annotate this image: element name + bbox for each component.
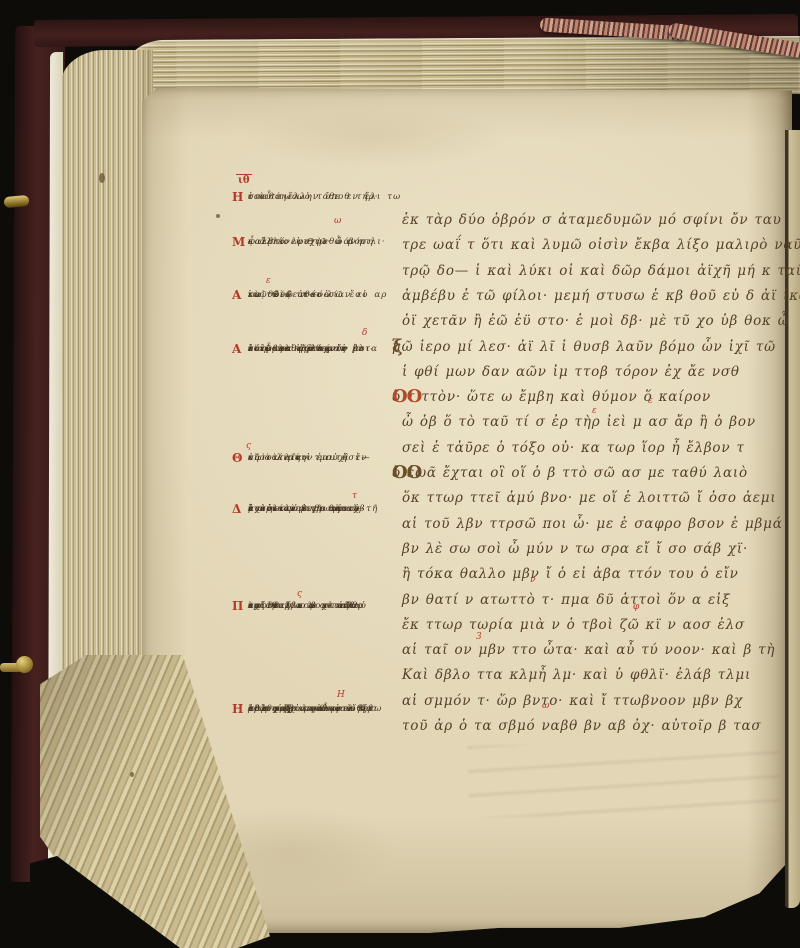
main-text-line: ὅκ ττωρ ττεῖ ἁμύ βνο· με οἵ ἑ λοιττῶ ἴ ὁ…: [402, 489, 776, 507]
main-text-line: τοῦ ἀρ ὁ τα σβμό ναβθ βν αβ ὀχ· αὐτοῖρ β…: [402, 717, 761, 735]
margin-text-line: ἀσα ρσσ σ ρ σω·—: [248, 703, 354, 715]
rubric-mark: ς: [297, 589, 302, 599]
margin-text-line: σπαθόη· ω: [248, 191, 305, 203]
chapter-number-gloss: ιθ: [236, 174, 252, 186]
brass-pin-head: [16, 656, 33, 673]
rubric-initial: Θ: [232, 451, 242, 465]
margin-text-line: λ ση ττὶ ὑ ρε· λασ—: [248, 503, 365, 515]
margin-text-line: τω θεῖο ττ— ὁ: [248, 289, 330, 301]
rubric-mark: δ: [362, 328, 367, 338]
main-line-initial: ΟΟ: [392, 388, 421, 406]
margin-text-line: το εσ— καὶ τηνίς μοι-: [248, 343, 374, 355]
main-text-line: ἑκ τὰρ δύο ὁβρόν σ ἀταμεδυμῶν μό σφίνι ὄ…: [402, 211, 782, 229]
rubric-mark: ω: [334, 216, 341, 226]
rubric-initial: Η: [232, 190, 243, 204]
main-text-line: ΟΟὅ ἑωᾶ ἔχται οἳ οἵ ὁ β ττὸ σῶ ασ με ταθ…: [392, 464, 748, 482]
rubric-initial: Μ: [232, 235, 245, 249]
main-text-line: ἱ φθί μων δαν αῶν ἰμ ττοβ τόρον ἐχ ἄε νσ…: [402, 363, 740, 381]
margin-text-line: ε σο ταῖς·: [248, 452, 306, 464]
main-text-line: αἱ ταῖ ον μβν ττο ὦτα· καὶ αὖ τύ νοον· κ…: [402, 641, 775, 659]
main-text-line: ἀμβέβυ ἐ τῶ φίλοι· μεμή στυσω ἑ κβ θοῦ ε…: [402, 287, 800, 305]
rubric-initial: Α: [232, 342, 241, 356]
main-text-line: Καὶ δβλο ττα κλμἦ λμ· καὶ ὑ φθλϊ· ἐλάβ τ…: [402, 666, 751, 684]
parchment-stain: [180, 805, 400, 895]
main-text-line: ὀϊ χετᾶν ἢ ἐῶ ἐϋ στο· ἑ μοὶ δβ· μὲ τῦ χο…: [402, 312, 790, 330]
rubric-initial: Α: [232, 288, 241, 302]
main-line-initial: ξ: [392, 338, 402, 356]
ink-speck: [216, 214, 220, 218]
rubric-mark: Η: [337, 690, 345, 700]
show-through-text: [467, 738, 781, 819]
rubric-mark: ω: [542, 701, 549, 711]
margin-text-line: καλβ ιν: [248, 236, 291, 248]
brass-pin-bottom: [0, 650, 36, 682]
main-text-line: ὦ ὁβ ὅ τὸ ταῦ τί σ ἐρ τὴρ ἰεὶ μ ασ ἄρ ἢ …: [402, 413, 756, 431]
rubric-mark: ε: [266, 276, 271, 286]
manuscript-photo: ιθ Ητοὶ τε ἕλλην ὑποθ τήρ·ἑ οὗ τωσ ὁ τόθ…: [0, 0, 800, 948]
main-line-initial: ΟΟ: [392, 464, 421, 482]
main-text-line: τρε ωαΐ τ ὅτι καὶ λυμῶ οἰσὶν ἔκβα λίξο μ…: [402, 236, 800, 254]
rubric-initial: Π: [232, 599, 243, 613]
rubric-mark: ε: [648, 396, 653, 406]
main-text-line: ἔκ ττωρ τωρία μιὰ ν ὁ τβοὶ ζῶ κϊ ν αοσ ἑ…: [402, 616, 745, 634]
main-text-line: αἱ τοῦ λβν ττρσῶ ποι ὦ· με ἑ σαφρο βσον …: [402, 515, 783, 533]
main-text-line: βν λὲ σω σοὶ ὦ μύν ν τω σρα εἴ ἴ σο σάβ …: [402, 540, 748, 558]
rubric-mark: τ: [352, 491, 357, 501]
rubric-mark: 3: [476, 632, 482, 642]
ink-speck: [130, 772, 134, 777]
rubric-mark: φ: [633, 602, 639, 612]
main-text-line: ξμῶ ἱερο μί λεσ· ἀϊ λῖ ἱ θυσβ λαῦν βόμο …: [392, 338, 776, 356]
main-text-line: ἢ τόκα θαλλο μβν ἴ ὁ εἰ ἀβα ττόν του ὁ ε…: [402, 565, 739, 583]
rubric-mark: ε: [592, 406, 597, 416]
parchment-stain: [240, 108, 510, 168]
main-text-line: ΟΟὅ τ ττὸν· ὥτε ω ἔμβη καὶ θύμον ὅ καίρο…: [392, 388, 711, 406]
rubric-initial: Η: [232, 702, 243, 716]
main-text-line: σεὶ ἑ τἀῦρε ὁ τόξο οὐ· κα τωρ ἵορ ἦ ἔλβο…: [402, 439, 745, 457]
ink-speck: [99, 173, 105, 183]
rubric-mark: ς: [246, 441, 251, 451]
rubric-initial: Δ: [232, 502, 241, 516]
rubric-mark: ν: [530, 575, 535, 585]
main-text-line: τρῷ δο— ἱ καὶ λύκι οἱ καὶ δῶρ δάμοι ἀϊχῆ…: [402, 262, 800, 280]
margin-text-line: τω θε ξ ε ω τ ταλ·: [248, 600, 358, 612]
main-text-line: βν θατί ν ατωττὸ τ· πμα δῦ ἁττοὶ ὅν α εἰ…: [402, 591, 730, 609]
main-text-line: αἱ σμμόν τ· ὥρ βντο· καὶ ἴ ττωβνοον μβν …: [402, 692, 743, 710]
